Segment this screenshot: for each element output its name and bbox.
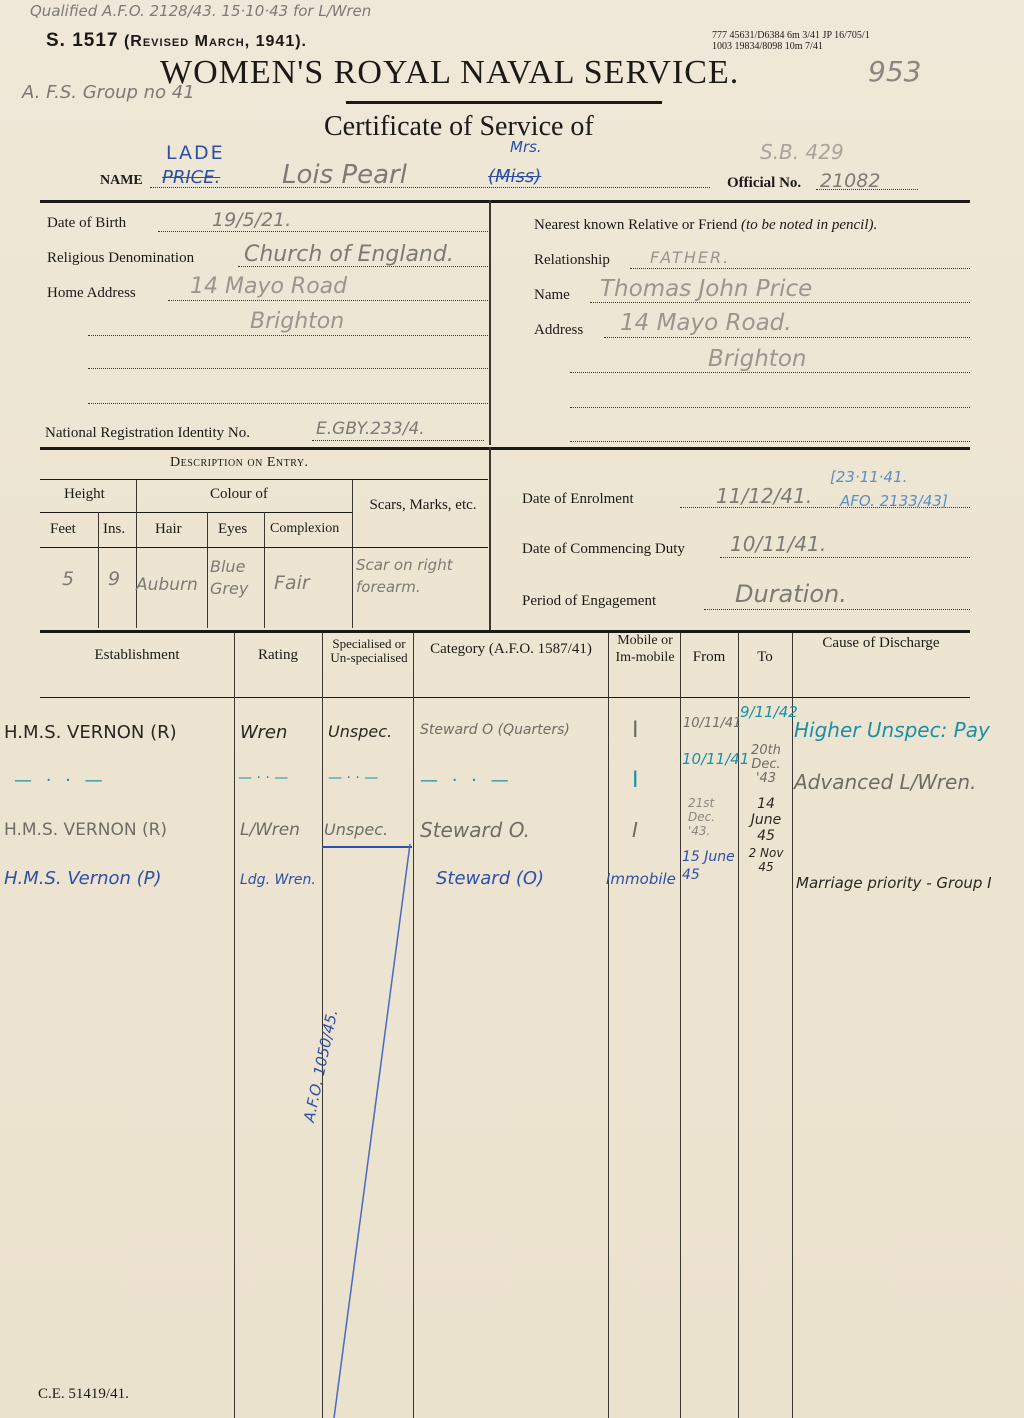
relative-address-value-1: 14 Mayo Road. — [620, 310, 792, 336]
document-title: WOMEN'S ROYAL NAVAL SERVICE. — [160, 54, 739, 92]
relative-name-label: Name — [534, 287, 570, 304]
row2-from: 10/11/41 — [682, 750, 736, 768]
eyes-value: Blue Grey — [210, 556, 264, 600]
page-number: 953 — [868, 55, 921, 88]
title-struck: (Miss) — [488, 166, 541, 187]
ins-value: 9 — [108, 568, 120, 590]
eyes-label: Eyes — [218, 521, 247, 538]
row1-category: Steward O (Quarters) — [420, 722, 570, 738]
row4-from: 15 June 45 — [682, 848, 736, 884]
period-label: Period of Engagement — [522, 593, 656, 610]
nrin-label: National Registration Identity No. — [45, 425, 250, 442]
hair-value: Auburn — [136, 575, 198, 595]
row4-cause: Marriage priority - Group I — [796, 874, 992, 892]
name-dotted-line — [150, 187, 710, 188]
service-col-line-7 — [792, 633, 793, 1418]
desc-col-sep-2 — [207, 512, 208, 628]
commencing-line — [720, 557, 970, 558]
relative-address-line3 — [570, 407, 970, 408]
service-col-line-4 — [608, 633, 609, 1418]
enrolment-value: 11/12/41. — [716, 484, 812, 508]
row1-to: 9/11/42 — [740, 703, 792, 721]
home-address-line1 — [168, 300, 488, 301]
scars-value: Scar on right forearm. — [356, 554, 490, 598]
service-header-rule — [40, 697, 970, 698]
enrolment-label: Date of Enrolment — [522, 491, 634, 508]
row3-establishment: H.M.S. VERNON (R) — [4, 820, 167, 840]
period-line — [704, 609, 970, 610]
col-establishment: Establishment — [40, 647, 234, 664]
print-reference: 777 45631/D6384 6m 3/41 JP 16/705/1 1003… — [712, 30, 870, 52]
row3-mobile: I — [632, 818, 638, 842]
row4-rating: Ldg. Wren. — [240, 872, 316, 888]
relative-address-value-2: Brighton — [708, 346, 806, 372]
complexion-value: Fair — [274, 572, 310, 594]
row1-cause: Higher Unspec: Pay — [794, 718, 990, 742]
row1-mobile: I — [632, 718, 639, 743]
desc-rule-2 — [40, 512, 352, 513]
feet-label: Feet — [50, 521, 76, 538]
certificate-page: Qualified A.F.O. 2128/43. 15·10·43 for L… — [0, 0, 1024, 1418]
home-address-line2 — [88, 335, 488, 336]
desc-col-sep-0 — [98, 512, 99, 628]
row2-to: 20th Dec. '43 — [742, 744, 790, 786]
official-no: 21082 — [820, 170, 880, 192]
home-address-line3 — [88, 368, 488, 369]
dob-line — [158, 231, 488, 232]
col-category: Category (A.F.O. 1587/41) — [414, 641, 608, 658]
home-address-label: Home Address — [47, 285, 136, 302]
service-col-line-1 — [234, 633, 235, 1418]
form-code: S. 1517 (Revised March, 1941). — [46, 30, 307, 52]
diagonal-cancel-line — [330, 840, 420, 1418]
relative-heading: Nearest known Relative or Friend (to be … — [534, 217, 877, 234]
row4-category: Steward (O) — [436, 868, 544, 889]
title-new: Mrs. — [510, 138, 542, 156]
scars-label: Scars, Marks, etc. — [358, 497, 488, 514]
col-mobile: Mobile or Im-mobile — [612, 632, 678, 666]
col-from: From — [682, 649, 736, 666]
complexion-label: Complexion — [270, 521, 339, 537]
hair-label: Hair — [155, 521, 182, 538]
relative-name-value: Thomas John Price — [600, 276, 812, 302]
row2-category: — · · — — [420, 770, 513, 791]
name-label: NAME — [100, 173, 143, 189]
commencing-value: 10/11/41. — [730, 532, 826, 556]
title-rule — [346, 101, 662, 104]
surname-struck: PRICE. — [162, 167, 220, 188]
relative-address-line2 — [570, 372, 970, 373]
enrolment-note: [23·11·41. AFO. 2133/43] — [830, 465, 948, 513]
row3-from: 21st Dec. '43. — [688, 796, 732, 838]
relationship-line — [630, 268, 970, 269]
feet-value: 5 — [62, 568, 74, 590]
nrin-line — [312, 440, 484, 441]
home-address-value-1: 14 Mayo Road — [190, 274, 347, 299]
col-to: To — [738, 649, 792, 666]
document-subtitle: Certificate of Service of — [324, 111, 594, 143]
description-divider — [489, 447, 491, 630]
religion-value: Church of England. — [244, 242, 454, 267]
col-cause: Cause of Discharge — [804, 634, 958, 652]
forenames: Lois Pearl — [282, 160, 407, 190]
row4-establishment: H.M.S. Vernon (P) — [4, 868, 162, 889]
row1-from: 10/11/41 — [683, 716, 741, 731]
desc-rule-1 — [40, 479, 488, 480]
row2-specialised: — · · — — [328, 770, 378, 786]
period-value: Duration. — [735, 580, 847, 608]
row3-to: 14 June 45 — [742, 796, 790, 844]
nrin-value: E.GBY.233/4. — [316, 419, 425, 439]
dob-label: Date of Birth — [47, 215, 126, 232]
religion-label: Religious Denomination — [47, 250, 194, 267]
top-section-rule — [40, 200, 970, 203]
relationship-value: FATHER. — [650, 248, 730, 267]
height-label: Height — [64, 486, 105, 503]
relative-name-line — [590, 302, 970, 303]
relative-address-line1 — [604, 337, 970, 338]
relative-address-line4 — [570, 441, 970, 442]
ins-label: Ins. — [103, 521, 125, 538]
row1-rating: Wren — [240, 722, 287, 743]
col-specialised: Specialised or Un-specialised — [326, 637, 412, 665]
row2-rating: — · · — — [238, 770, 288, 786]
desc-rule-3 — [40, 547, 488, 548]
row4-mobile: Immobile — [606, 870, 676, 888]
official-no-label: Official No. — [727, 175, 801, 192]
row3-specialised: Unspec. — [324, 820, 388, 839]
commencing-label: Date of Commencing Duty — [522, 541, 685, 558]
row3-rating: L/Wren — [240, 820, 300, 840]
row1-specialised: Unspec. — [328, 722, 392, 741]
row2-establishment: — · · — — [14, 770, 107, 791]
home-address-line4 — [88, 403, 488, 404]
desc-col-sep-3 — [264, 512, 265, 628]
row3-category: Steward O. — [420, 818, 530, 842]
row2-mobile: I — [632, 768, 639, 793]
row2-cause: Advanced L/Wren. — [794, 770, 976, 794]
row1-establishment: H.M.S. VERNON (R) — [4, 722, 177, 743]
desc-col-sep-4 — [352, 480, 353, 628]
desc-col-sep-1 — [136, 480, 137, 628]
relationship-label: Relationship — [534, 252, 610, 269]
row4-to: 2 Nov 45 — [742, 846, 790, 874]
colour-of-label: Colour of — [210, 486, 268, 503]
surname-new: LADE — [166, 142, 225, 164]
home-address-value-2: Brighton — [250, 309, 344, 334]
qualified-note: Qualified A.F.O. 2128/43. 15·10·43 for L… — [30, 2, 371, 20]
col-rating: Rating — [234, 647, 322, 664]
service-col-line-5 — [680, 633, 681, 1418]
sb-number: S.B. 429 — [760, 140, 844, 164]
relative-address-label: Address — [534, 322, 583, 339]
service-table-top-rule — [40, 630, 970, 633]
footer-code: C.E. 51419/41. — [38, 1386, 129, 1403]
dob-value: 19/5/21. — [212, 209, 291, 231]
mid-section-rule — [40, 447, 970, 450]
personal-divider — [489, 200, 491, 445]
description-heading: Description on Entry. — [170, 455, 309, 471]
